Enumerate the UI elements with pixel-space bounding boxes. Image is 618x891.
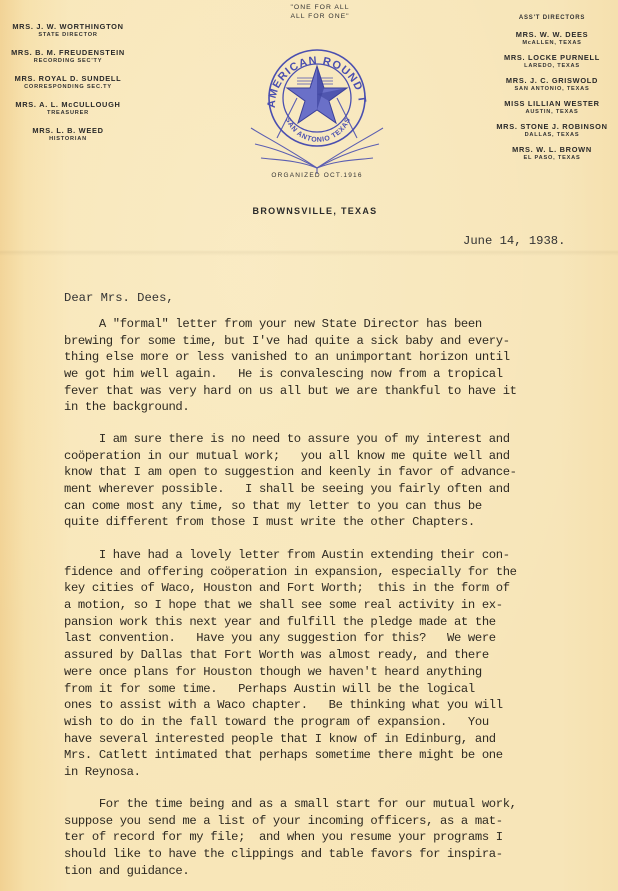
officer-title: McALLEN, TEXAS (490, 39, 614, 47)
officer-title: LAREDO, TEXAS (490, 62, 614, 70)
right-officer: MRS. STONE J. ROBINSONDALLAS, TEXAS (490, 122, 614, 139)
text-line: thing else more or less vanished to an u… (64, 349, 618, 366)
text-line: a motion, so I hope that we shall see so… (64, 597, 618, 614)
text-line: For the time being and as a small start … (64, 796, 618, 813)
assistant-directors-heading: ASS'T DIRECTORS (490, 15, 614, 21)
right-officer: MISS LILLIAN WESTERAUSTIN, TEXAS (490, 99, 614, 116)
officer-name: MRS. B. M. FREUDENSTEIN (8, 48, 128, 57)
officer-title: DALLAS, TEXAS (490, 131, 614, 139)
text-line: A "formal" letter from your new State Di… (64, 316, 618, 333)
right-officer: MRS. W. L. BROWNEL PASO, TEXAS (490, 145, 614, 162)
text-line: ter of record for my file; and when you … (64, 829, 618, 846)
text-line: know that I am open to suggestion and ke… (64, 464, 618, 481)
officer-name: MISS LILLIAN WESTER (490, 99, 614, 108)
officer-title: STATE DIRECTOR (8, 31, 128, 39)
paragraph-3: I have had a lovely letter from Austin e… (64, 547, 618, 781)
right-officer: MRS. W. W. DEESMcALLEN, TEXAS (490, 30, 614, 47)
officers-left-column: MRS. J. W. WORTHINGTONSTATE DIRECTORMRS.… (8, 22, 128, 152)
text-line: wish to do in the fall toward the progra… (64, 714, 618, 731)
officer-title: EL PASO, TEXAS (490, 154, 614, 162)
text-line: we got him well again. He is convalescin… (64, 366, 618, 383)
left-officer: MRS. ROYAL D. SUNDELLCORRESPONDING SEC.T… (8, 74, 128, 91)
text-line: tion and guidance. (64, 863, 618, 880)
officer-name: MRS. W. L. BROWN (490, 145, 614, 154)
officer-title: AUSTIN, TEXAS (490, 108, 614, 116)
motto-line-1: "ONE FOR ALL (270, 3, 370, 12)
text-line: fidence and offering coöperation in expa… (64, 564, 618, 581)
text-line: from it for some time. Perhaps Austin wi… (64, 681, 618, 698)
text-line: key cities of Waco, Houston and Fort Wor… (64, 580, 618, 597)
officer-title: SAN ANTONIO, TEXAS (490, 85, 614, 93)
officer-name: MRS. ROYAL D. SUNDELL (8, 74, 128, 83)
text-line: ment wherever possible. I shall be seein… (64, 481, 618, 498)
text-line: I have had a lovely letter from Austin e… (64, 547, 618, 564)
motto-line-2: ALL FOR ONE" (270, 12, 370, 21)
text-line: last convention. Have you any suggestion… (64, 630, 618, 647)
motto: "ONE FOR ALL ALL FOR ONE" (270, 3, 370, 21)
paragraph-2: I am sure there is no need to assure you… (64, 431, 618, 531)
right-officer: MRS. J. C. GRISWOLDSAN ANTONIO, TEXAS (490, 76, 614, 93)
text-line: quite different from those I must write … (64, 514, 618, 531)
text-line: ones to assist with a Waco chapter. Be t… (64, 697, 618, 714)
text-line: in the background. (64, 399, 618, 416)
left-officer: MRS. J. W. WORTHINGTONSTATE DIRECTOR (8, 22, 128, 39)
right-officer: MRS. LOCKE PURNELLLAREDO, TEXAS (490, 53, 614, 70)
text-line: pansion work this next year and fulfill … (64, 614, 618, 631)
text-line: in Reynosa. (64, 764, 618, 781)
text-line: fever that was very hard on us all but w… (64, 383, 618, 400)
left-officer: MRS. L. B. WEEDHISTORIAN (8, 126, 128, 143)
officer-name: MRS. STONE J. ROBINSON (490, 122, 614, 131)
pan-american-round-table-seal-icon: PAN AMERICAN ROUND TABLE SAN ANTONIO TEX… (247, 28, 387, 176)
organized-date: ORGANIZED OCT.1916 (255, 172, 379, 179)
text-line: brewing for some time, but I've had quit… (64, 333, 618, 350)
text-line: can come most any time, so that my lette… (64, 498, 618, 515)
left-officer: MRS. B. M. FREUDENSTEINRECORDING SEC'TY (8, 48, 128, 65)
officer-title: RECORDING SEC'TY (8, 57, 128, 65)
officer-name: MRS. L. B. WEED (8, 126, 128, 135)
text-line: Mrs. Catlett intimated that perhaps some… (64, 747, 618, 764)
text-line: were once plans for Houston though we ha… (64, 664, 618, 681)
text-line: I am sure there is no need to assure you… (64, 431, 618, 448)
salutation: Dear Mrs. Dees, (64, 291, 174, 305)
paragraph-1: A "formal" letter from your new State Di… (64, 316, 618, 416)
officers-right-column: ASS'T DIRECTORS MRS. W. W. DEESMcALLEN, … (490, 15, 614, 168)
officer-name: MRS. J. C. GRISWOLD (490, 76, 614, 85)
officer-name: MRS. A. L. McCULLOUGH (8, 100, 128, 109)
text-line: have several interested people that I kn… (64, 731, 618, 748)
officer-title: TREASURER (8, 109, 128, 117)
text-line: should like to have the clippings and ta… (64, 846, 618, 863)
officer-name: MRS. W. W. DEES (490, 30, 614, 39)
letterhead-city: BROWNSVILLE, TEXAS (240, 206, 390, 216)
officer-title: HISTORIAN (8, 135, 128, 143)
officer-name: MRS. LOCKE PURNELL (490, 53, 614, 62)
officer-name: MRS. J. W. WORTHINGTON (8, 22, 128, 31)
paragraph-4: For the time being and as a small start … (64, 796, 618, 879)
letter-date: June 14, 1938. (463, 234, 565, 248)
officer-title: CORRESPONDING SEC.TY (8, 83, 128, 91)
text-line: assured by Dallas that Fort Worth was al… (64, 647, 618, 664)
text-line: suppose you send me a list of your incom… (64, 813, 618, 830)
text-line: coöperation in our mutual work; you all … (64, 448, 618, 465)
left-officer: MRS. A. L. McCULLOUGHTREASURER (8, 100, 128, 117)
